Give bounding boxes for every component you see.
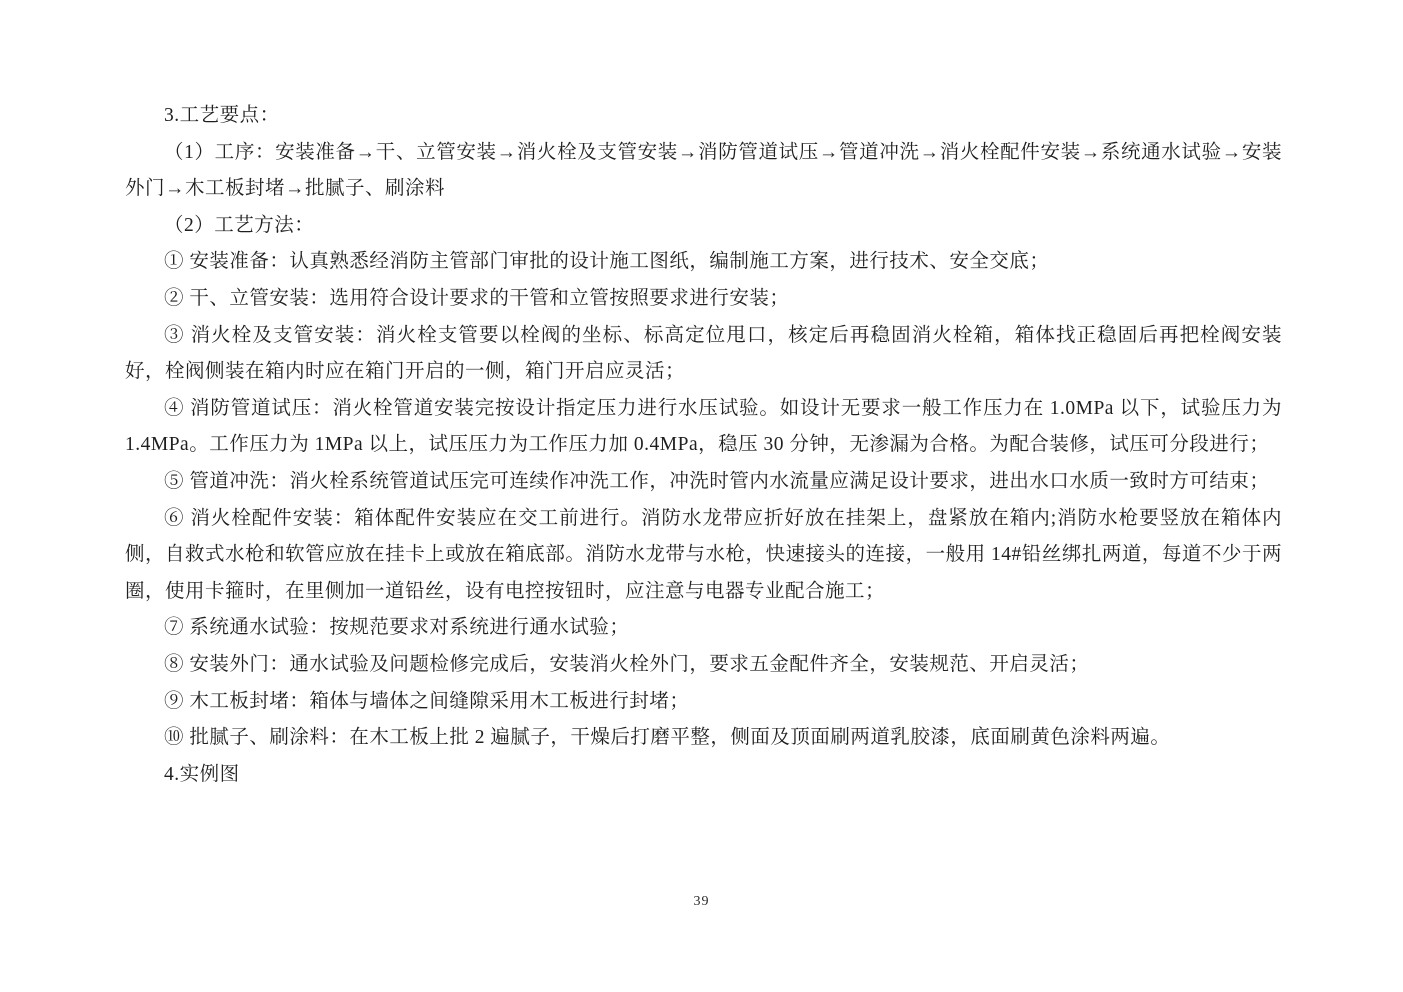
paragraph-step-1: ① 安装准备：认真熟悉经消防主管部门审批的设计施工图纸，编制施工方案，进行技术、… [125,244,1282,281]
paragraph-heading-4: 4.实例图 [125,757,1282,794]
paragraph-step-10: ⑩ 批腻子、刷涂料：在木工板上批 2 遍腻子，干燥后打磨平整，侧面及顶面刷两道乳… [125,720,1282,757]
paragraph-step-8: ⑧ 安装外门：通水试验及问题检修完成后，安装消火栓外门，要求五金配件齐全，安装规… [125,647,1282,684]
paragraph-process-sequence: （1）工序：安装准备→干、立管安装→消火栓及支管安装→消防管道试压→管道冲洗→消… [125,135,1282,208]
paragraph-step-6: ⑥ 消火栓配件安装：箱体配件安装应在交工前进行。消防水龙带应折好放在挂架上，盘紧… [125,501,1282,611]
page-footer: 39 [0,892,1403,910]
paragraph-method-heading: （2）工艺方法： [125,208,1282,245]
paragraph-step-3: ③ 消火栓及支管安装：消火栓支管要以栓阀的坐标、标高定位甩口，核定后再稳固消火栓… [125,318,1282,391]
paragraph-step-5: ⑤ 管道冲洗：消火栓系统管道试压完可连续作冲洗工作，冲洗时管内水流量应满足设计要… [125,464,1282,501]
paragraph-step-4: ④ 消防管道试压：消火栓管道安装完按设计指定压力进行水压试验。如设计无要求一般工… [125,391,1282,464]
paragraph-step-2: ② 干、立管安装：选用符合设计要求的干管和立管按照要求进行安装； [125,281,1282,318]
page-number: 39 [694,894,710,909]
paragraph-step-9: ⑨ 木工板封堵：箱体与墙体之间缝隙采用木工板进行封堵； [125,684,1282,721]
paragraph-heading-3: 3.工艺要点： [125,98,1282,135]
document-body: 3.工艺要点： （1）工序：安装准备→干、立管安装→消火栓及支管安装→消防管道试… [125,98,1282,793]
paragraph-step-7: ⑦ 系统通水试验：按规范要求对系统进行通水试验； [125,610,1282,647]
document-page: 3.工艺要点： （1）工序：安装准备→干、立管安装→消火栓及支管安装→消防管道试… [0,0,1403,992]
